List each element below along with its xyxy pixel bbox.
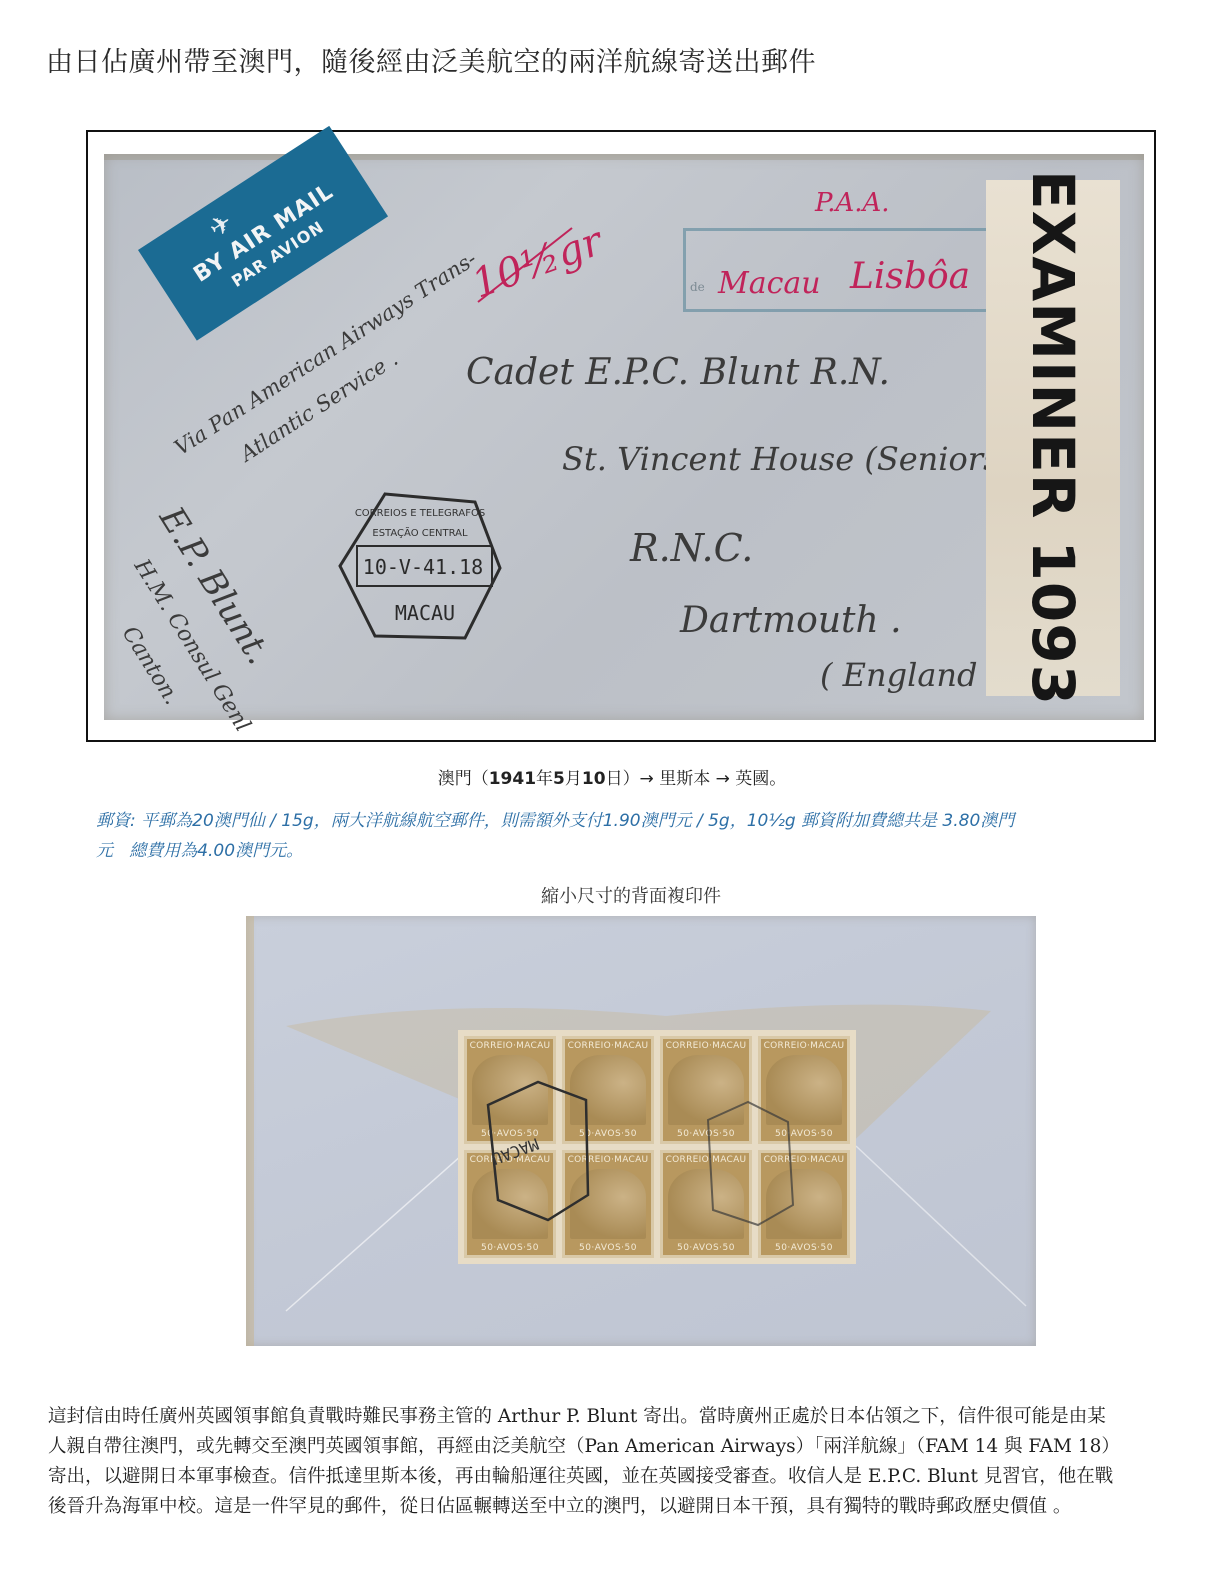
stamp-country: CORREIO·MACAU [663,1155,749,1165]
description-line-1: 這封信由時任廣州英國領事館負責戰時難民事務主管的 Arthur P. Blunt… [48,1402,1178,1432]
description-line-3: 寄出，以避開日本軍事檢查。信件抵達里斯本後，再由輪船運往英國，並在英國接受審查。… [48,1462,1178,1492]
stamp-country: CORREIO·MACAU [467,1041,553,1051]
stamp-value: 50·AVOS·50 [467,1243,553,1253]
year-suffix: 年 [536,769,553,789]
postage-note-line1: 郵資: 平郵為20澳門仙 / 15g，兩大洋航線航空郵件，則需額外支付1.90澳… [96,806,1146,836]
route-day: 10 [582,769,606,789]
stamp-figure-icon [472,1169,548,1239]
postmark-top: CORREIOS E TELEGRAFOS [355,508,485,519]
stamp: CORREIO·MACAU50·AVOS·50 [562,1150,654,1258]
censor-label-text: EXAMINER 1093 [1019,170,1087,706]
description-line-2: 人親自帶往澳門，或先轉交至澳門英國領事館，再經由泛美航空（Pan America… [48,1432,1178,1462]
stamp-figure-icon [766,1169,842,1239]
stamp-value: 50·AVOS·50 [467,1129,553,1139]
route-destinations: ）→ 里斯本 → 英國。 [623,769,787,789]
stamp-value: 50·AVOS·50 [565,1129,651,1139]
stamp-country: CORREIO·MACAU [565,1041,651,1051]
postmark-date: 10-V-41.18 [363,555,483,579]
address-line-2: St. Vincent House (Seniors) [562,440,1012,478]
stamp-country: CORREIO·MACAU [761,1155,847,1165]
route-month: 5 [553,769,565,789]
weight-strike-line [470,220,580,310]
stamp: CORREIO·MACAU50·AVOS·50 [562,1036,654,1144]
postmark-middle: ESTAÇÃO CENTRAL [372,526,468,539]
macau-postmark: CORREIOS E TELEGRAFOS ESTAÇÃO CENTRAL 10… [335,488,505,648]
envelope-edge [104,154,1144,160]
route-box-prefix: de [690,280,705,294]
route-caption: 澳門（1941年5月10日）→ 里斯本 → 英國。 [0,764,1224,789]
stamp: CORREIO·MACAU50·AVOS·50 [758,1150,850,1258]
address-line-4: Dartmouth . [680,600,902,641]
paa-annotation: P.A.A. [815,188,890,218]
address-line-3: R.N.C. [630,526,753,570]
stamp: CORREIO·MACAU50·AVOS·50 [758,1036,850,1144]
stamp-block: CORREIO·MACAU50·AVOS·50CORREIO·MACAU50·A… [458,1030,856,1264]
address-line-5: ( England [820,656,978,694]
stamp-figure-icon [570,1169,646,1239]
route-box-from: Macau [718,266,821,301]
stamp: CORREIO·MACAU50·AVOS·50 [464,1036,556,1144]
route-box-to: Lisbôa [850,256,970,297]
description: 這封信由時任廣州英國領事館負責戰時難民事務主管的 Arthur P. Blunt… [48,1402,1178,1522]
description-line-4: 後晉升為海軍中校。這是一件罕見的郵件，從日佔區輾轉送至中立的澳門，以避開日本干預… [48,1492,1178,1522]
route-origin: 澳門 [438,769,472,789]
stamp-value: 50·AVOS·50 [663,1129,749,1139]
stamp-country: CORREIO·MACAU [663,1041,749,1051]
stamp: CORREIO·MACAU50·AVOS·50 [660,1036,752,1144]
postmark-city: MACAU [395,601,455,625]
address-line-1: Cadet E.P.C. Blunt R.N. [466,352,890,393]
page-title: 由日佔廣州帶至澳門，隨後經由泛美航空的兩洋航線寄送出郵件 [46,40,816,79]
route-year: 1941 [489,769,536,789]
stamp-value: 50·AVOS·50 [663,1243,749,1253]
stamp-country: CORREIO·MACAU [565,1155,651,1165]
stamp-figure-icon [668,1055,744,1125]
stamp-figure-icon [472,1055,548,1125]
stamp-country: CORREIO·MACAU [467,1155,553,1165]
stamp-value: 50·AVOS·50 [761,1129,847,1139]
postage-note: 郵資: 平郵為20澳門仙 / 15g，兩大洋航線航空郵件，則需額外支付1.90澳… [96,806,1146,866]
stamp-figure-icon [766,1055,842,1125]
stamp-figure-icon [668,1169,744,1239]
stamp-country: CORREIO·MACAU [761,1041,847,1051]
stamp-figure-icon [570,1055,646,1125]
stamp-value: 50·AVOS·50 [761,1243,847,1253]
month-suffix: 月 [565,769,582,789]
back-cover-caption: 縮小尺寸的背面複印件 [0,882,1224,908]
day-suffix: 日 [606,769,623,789]
censor-label: EXAMINER 1093 [986,180,1120,696]
stamp-value: 50·AVOS·50 [565,1243,651,1253]
stamp: CORREIO·MACAU50·AVOS·50 [464,1150,556,1258]
stamp: CORREIO·MACAU50·AVOS·50 [660,1150,752,1258]
paren-open: （ [472,769,489,789]
postage-note-line2: 元 總費用為4.00澳門元。 [96,836,1146,866]
